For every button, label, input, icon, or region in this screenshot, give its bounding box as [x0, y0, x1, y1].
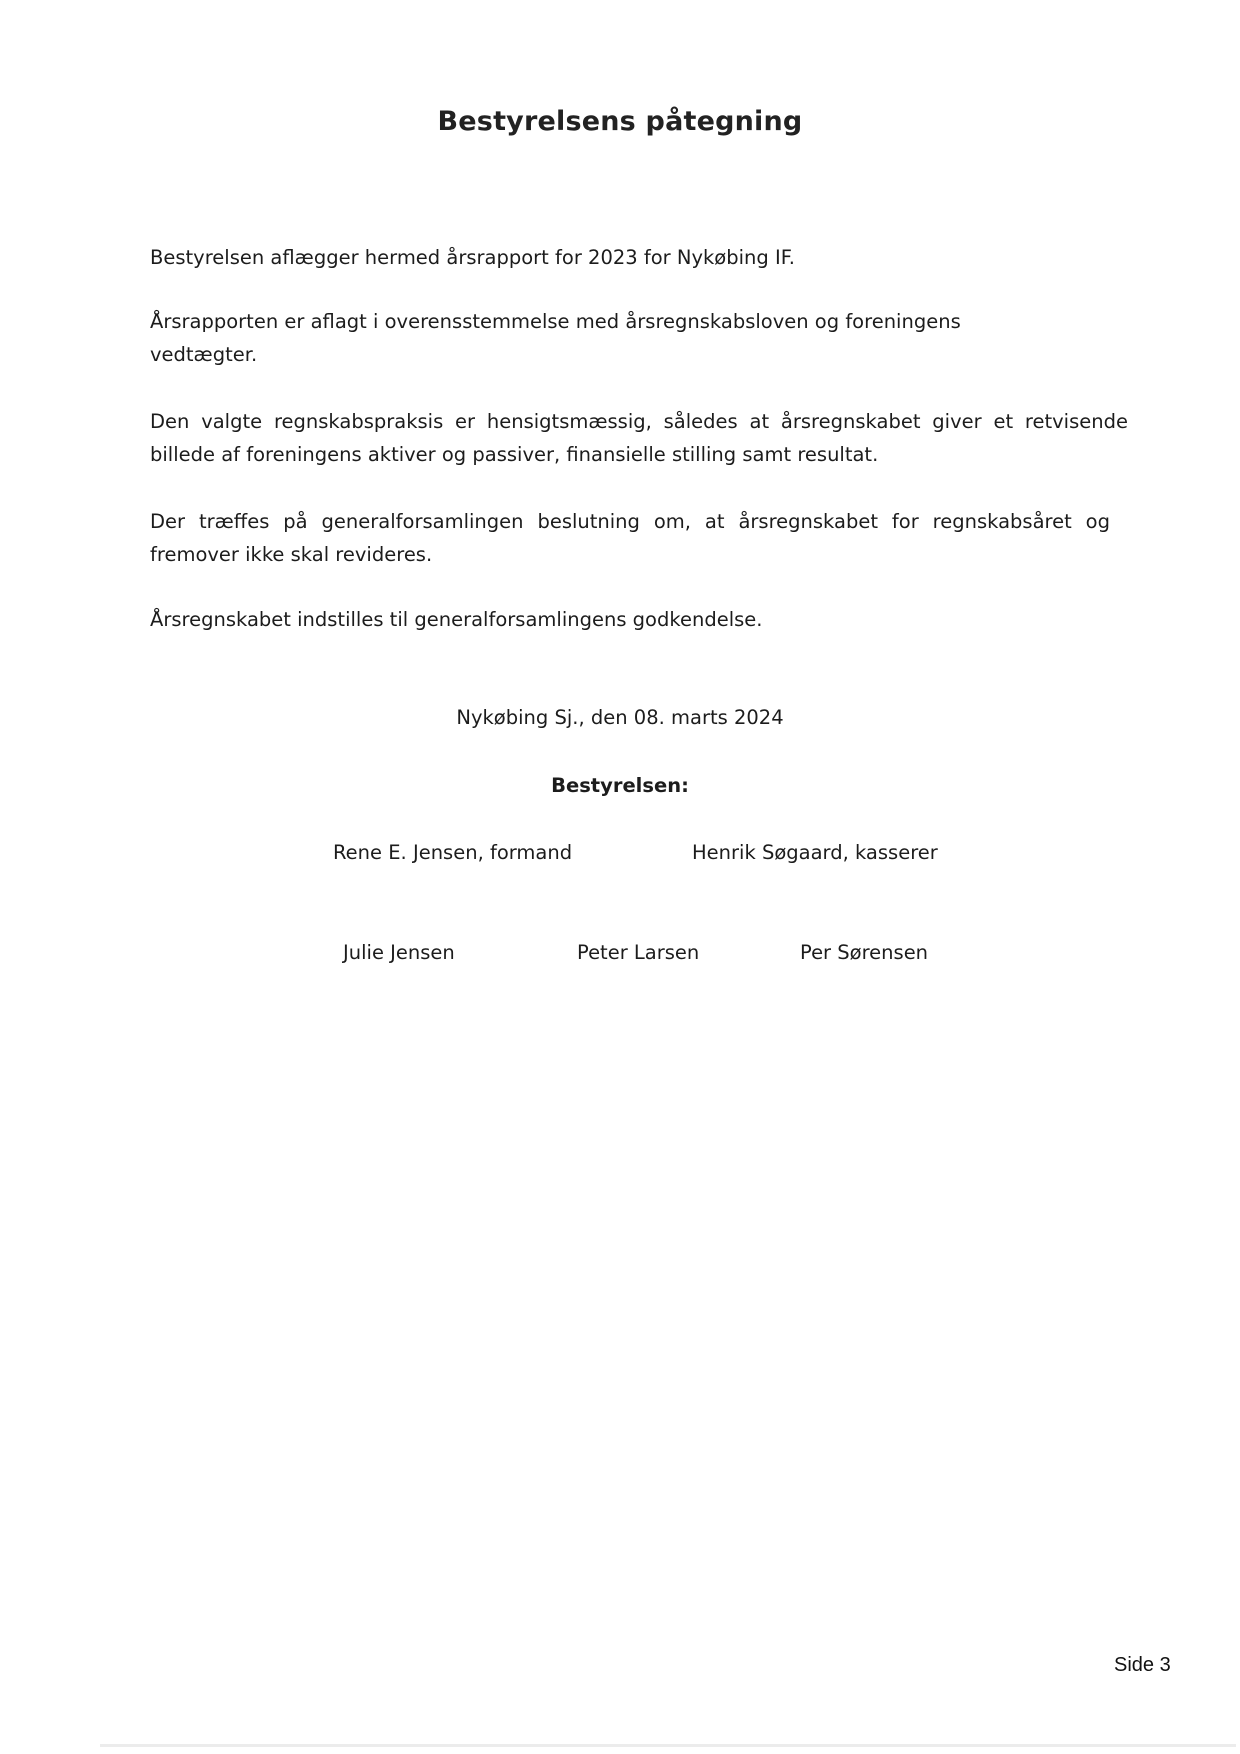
- signatory-chairman: Rene E. Jensen, formand: [333, 841, 572, 864]
- board-label: Bestyrelsen:: [0, 774, 1240, 797]
- paragraph-compliance: Årsrapporten er aflagt i overensstemmels…: [150, 305, 1010, 371]
- signatory-member-1: Julie Jensen: [343, 941, 455, 964]
- scan-edge-divider: [100, 1744, 1236, 1747]
- paragraph-approval: Årsregnskabet indstilles til generalfors…: [150, 603, 1128, 636]
- signatory-member-2: Peter Larsen: [577, 941, 699, 964]
- signatory-treasurer: Henrik Søgaard, kasserer: [692, 841, 938, 864]
- paragraph-intro: Bestyrelsen aflægger hermed årsrapport f…: [150, 241, 1128, 274]
- place-and-date: Nykøbing Sj., den 08. marts 2024: [0, 706, 1240, 729]
- page-number: Side 3: [1114, 1654, 1171, 1677]
- signatory-member-3: Per Sørensen: [800, 941, 928, 964]
- paragraph-accounting-practice: Den valgte regnskabspraksis er hensigtsm…: [150, 405, 1128, 471]
- page-title: Bestyrelsens påtegning: [0, 106, 1240, 137]
- paragraph-audit-decision: Der træffes på generalforsamlingen beslu…: [150, 505, 1110, 571]
